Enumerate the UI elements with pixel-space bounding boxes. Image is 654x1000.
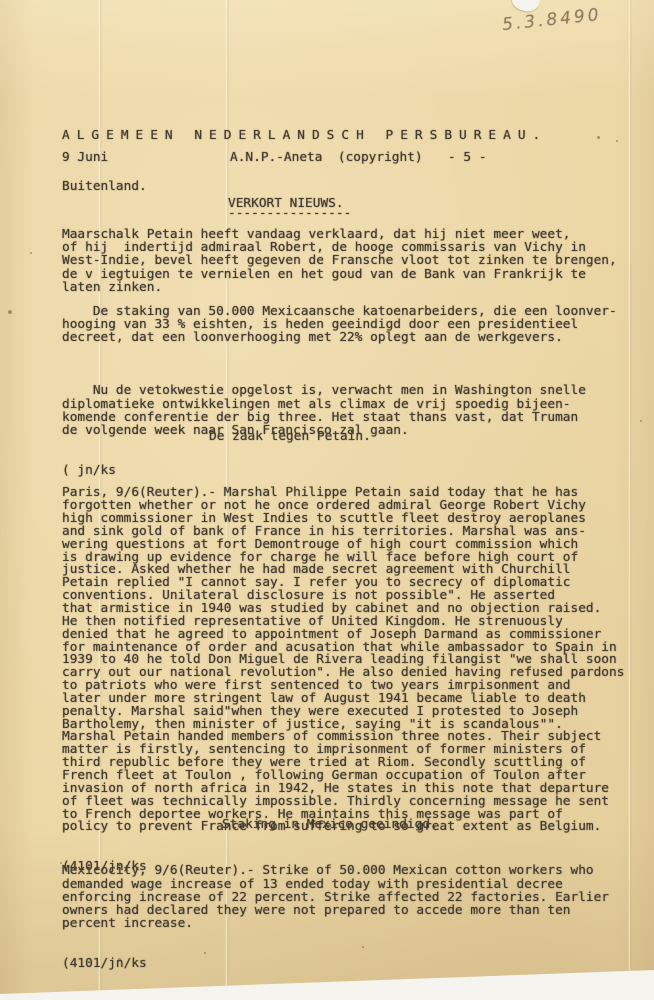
letterhead-title: ALGEMEEN NEDERLANDSCH PERSBUREAU. bbox=[62, 129, 547, 142]
date-label: 9 Juni bbox=[62, 151, 108, 164]
ink-speck bbox=[640, 420, 642, 422]
page-number: - 5 - bbox=[448, 151, 487, 164]
document-page: ALGEMEEN NEDERLANDSCH PERSBUREAU. 9 Juni… bbox=[0, 0, 654, 1000]
ink-speck bbox=[597, 136, 600, 139]
article-mexico: Mexicocity, 9/6(Reuter).- Strike of 50.0… bbox=[62, 838, 609, 996]
paragraph-lines: Paris, 9/6(Reuter).- Marshal Philippe Pe… bbox=[62, 487, 624, 834]
signoff-code: (4101/jn/ks bbox=[62, 957, 609, 970]
ink-speck bbox=[616, 140, 618, 142]
ink-speck bbox=[30, 252, 32, 254]
section-label: Buitenland. bbox=[62, 180, 147, 193]
paragraph-lines: Mexicocity, 9/6(Reuter).- Strike of 50.0… bbox=[62, 864, 609, 930]
paragraph-petain-dutch: Maarschalk Petain heeft vandaag verklaar… bbox=[62, 228, 617, 294]
heading-mexico-strike: Staking in Mexico geeindigd. bbox=[222, 818, 438, 831]
agency-copyright-label: A.N.P.-Aneta (copyright) bbox=[230, 151, 423, 164]
paragraph-mexico-dutch: De staking van 50.000 Mexicaansche katoe… bbox=[62, 305, 617, 345]
bulletin-title-underline: ---------------- bbox=[228, 207, 351, 220]
article-petain: Paris, 9/6(Reuter).- Marshal Philippe Pe… bbox=[62, 461, 624, 900]
ink-speck bbox=[8, 310, 12, 314]
scan-background: ALGEMEEN NEDERLANDSCH PERSBUREAU. 9 Juni… bbox=[0, 0, 654, 1000]
fold-crease-right bbox=[628, 0, 632, 1000]
heading-petain-case: De zaak tegen Petain. bbox=[209, 430, 371, 443]
